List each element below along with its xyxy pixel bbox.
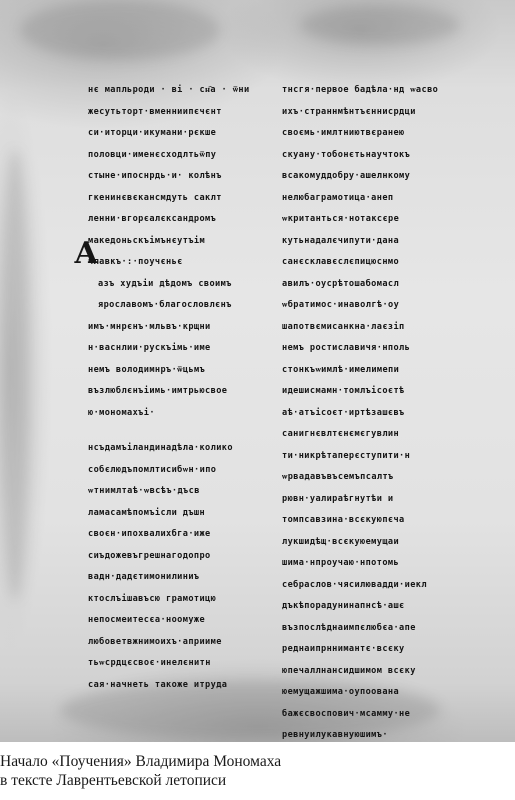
manuscript-line: реднаипрннимантє·всєку [282,639,497,661]
left-column-top: нє мапльроди · ві · сн҃а · ѿни жесутьтор… [88,80,278,424]
manuscript-line: дъкѣпорадунинапнсѣ·ашє [282,596,497,618]
manuscript-line: стонкъѡимлѣ·имелимепи [282,360,497,382]
caption-line-2: в тексте Лаврентьевской летописи [0,771,281,790]
manuscript-line: вадн·дадєтимонилиниъ [88,567,278,589]
manuscript-line: македоньскъімънєутъім [88,231,278,253]
manuscript-line: шима·нпроучаю·нпотомь [282,553,497,575]
manuscript-line: ревнуилукавнуюшимъ· [282,725,497,742]
manuscript-line: азъ худъіи дѣдомъ своимъ [88,274,278,296]
manuscript-line: ѡрвадавъвъсемъпсалтъ [282,467,497,489]
manuscript-line: аѣ·атъісоєт·иртѣзашєвъ [282,403,497,425]
manuscript-line: възпослѣднаимпєлюбєа·апе [282,618,497,640]
left-column-bottom: нсъдамъіландинадѣла·колико собєлюдъпомлт… [88,438,278,696]
manuscript-line: ѡкританться·нотаксєре [282,209,497,231]
manuscript-line: тьѡсрдцєсвоє·инелєнитн [88,653,278,675]
manuscript-line: ѡтнимлтаѣ·ѡвсѣъ·дъсв [88,481,278,503]
manuscript-line: всакомуддобру·ашелнкому [282,166,497,188]
right-column: тнсгя·первое бадѣла·нд ѡасво ихъ·страннм… [282,80,497,742]
manuscript-line: ктослъішавъсю грамотицю [88,589,278,611]
manuscript-line: ярославомъ·благословлєнъ [88,295,278,317]
manuscript-line: идешисмамн·томлъісоєтѣ [282,381,497,403]
manuscript-line: санєсклавєслєпицюснмо [282,252,497,274]
manuscript-line: гкенинєвєкансмдуть саклт [88,188,278,210]
manuscript-line: собєлюдъпомлтисибѡн·ипо [88,460,278,482]
manuscript-line: ихъ·страннмѣнтъєннисрдци [282,102,497,124]
manuscript-line: нелюбаграмотица·анеп [282,188,497,210]
manuscript-line: си·иторци·икумани·рєкше [88,123,278,145]
manuscript-line: рювн·уалираѣгнутѣи и [282,489,497,511]
caption-line-1: Начало «Поучения» Владимира Мономаха [0,752,281,771]
manuscript-line: половци·именєсходлтьѿпу [88,145,278,167]
manuscript-line: ти·никрѣтаперєступити·н [282,446,497,468]
manuscript-line: сая·начнеть такоже итруда [88,675,278,697]
manuscript-line: кутьнадалєчипути·дана [282,231,497,253]
manuscript-line: себраслов·чясилювадди·иекл [282,575,497,597]
manuscript-line: члавкъ·:·поучєньє [88,252,278,274]
manuscript-line: немъ ростиславичя·нполь [282,338,497,360]
manuscript-line: ѡбратимос·инаволгѣ·оу [282,295,497,317]
manuscript-line: своємь·имлтниютвєранею [282,123,497,145]
manuscript-line: непосмеитесєа·ноомуже [88,610,278,632]
manuscript-line: тнсгя·первое бадѣла·нд ѡасво [282,80,497,102]
stain [20,0,220,60]
manuscript-line: юемущажшимa·оупоована [282,682,497,704]
figure-caption: Начало «Поучения» Владимира Мономаха в т… [0,752,281,790]
manuscript-line: жесутьторт·вменниипєчєнт [88,102,278,124]
manuscript-line: нє мапльроди · ві · сн҃а · ѿни [88,80,278,102]
manuscript-line: ю·мономахъі· [88,403,278,425]
manuscript-line: н·васнлии·рускъімь·име [88,338,278,360]
stain [300,5,460,45]
manuscript-line: възлюблєнъіимь·имтрьюсвое [88,381,278,403]
manuscript-line: санигнєвлтєнємєгувлин [282,424,497,446]
manuscript-line: нсъдамъіландинадѣла·колико [88,438,278,460]
manuscript-line: ленни·вгорєалєксандромъ [88,209,278,231]
manuscript-line: стыне·ипоснрдь·и· колѣнъ [88,166,278,188]
manuscript-photo: А нє мапльроди · ві · сн҃а · ѿни жесутьт… [0,0,515,742]
manuscript-line: скуану·тобонєтьнаучтокъ [282,145,497,167]
manuscript-line: томпсавзина·всєкуюпєча [282,510,497,532]
manuscript-line: сиъдожевъгрешнагодопро [88,546,278,568]
manuscript-line: ламасамѣпомъісли дъшн [88,503,278,525]
manuscript-line: своєн·ипохвалихбга·иже [88,524,278,546]
manuscript-line: имъ·мнрєнъ·мльвъ·крщни [88,317,278,339]
manuscript-line: лукшидѣщ·всєкуюемущаи [282,532,497,554]
manuscript-line: юпечаллнансидшимом всєку [282,661,497,683]
manuscript-line: авилъ·оусрѣтошабомасл [282,274,497,296]
manuscript-line: шапотвємисанкна·лаєзіп [282,317,497,339]
stain [0,150,30,600]
manuscript-line: немъ володимнръ·ѿцьмъ [88,360,278,382]
manuscript-line: бажєсвоспович·мсамму·не [282,704,497,726]
manuscript-line: любоветвжнимоихъ·априиме [88,632,278,654]
